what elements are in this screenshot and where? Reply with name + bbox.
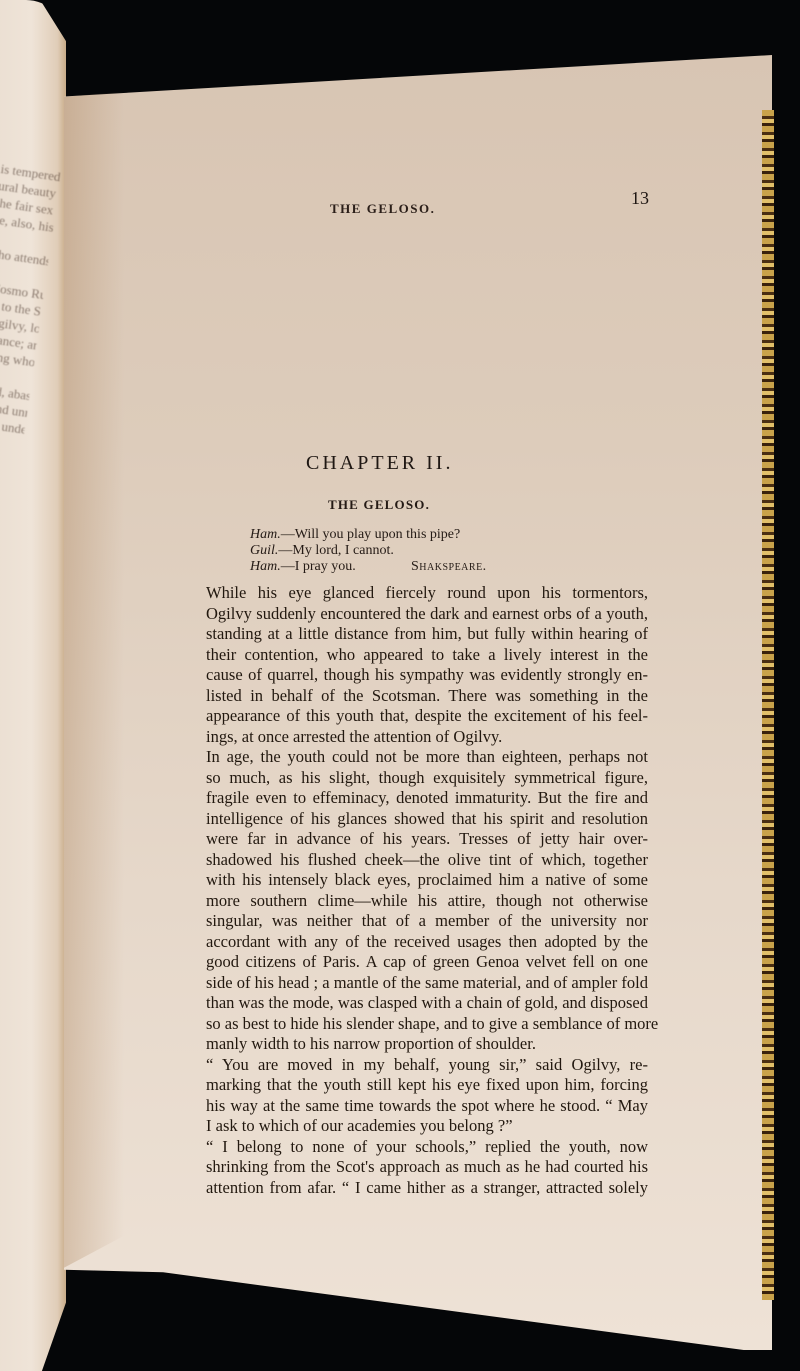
body-line: with his intensely black eyes, proclaime… <box>206 870 648 891</box>
epigraph-speaker: Ham. <box>250 559 281 574</box>
body-line: intelligence of his glances showed that … <box>206 809 648 830</box>
left-facing-page: is temperedural beautythe fair sexce, al… <box>0 0 66 1371</box>
body-line: marking that the youth still kept his ey… <box>206 1075 648 1096</box>
epigraph-speaker: Ham. <box>250 527 281 542</box>
epigraph-line: Ham.—Will you play upon this pipe? <box>250 527 460 543</box>
epigraph-speaker: Guil. <box>250 543 278 558</box>
body-line: “ You are moved in my behalf, young sir,… <box>206 1055 648 1076</box>
body-line: so as best to hide his slender shape, an… <box>206 1014 648 1035</box>
page-number: 13 <box>631 188 649 209</box>
body-line: so much, as his slight, though exquisite… <box>206 768 648 789</box>
body-line: more southern clime—while his attire, th… <box>206 891 648 912</box>
body-line: In age, the youth could not be more than… <box>206 747 648 768</box>
body-line: “ I belong to none of your schools,” rep… <box>206 1137 648 1158</box>
body-line: While his eye glanced fiercely round upo… <box>206 583 648 604</box>
body-line: singular, was neither that of a member o… <box>206 911 648 932</box>
epigraph-attribution: Shakspeare. <box>411 559 487 575</box>
body-line: shrinking from the Scot's approach as mu… <box>206 1157 648 1178</box>
body-line: cause of quarrel, though his sympathy wa… <box>206 665 648 686</box>
body-line: their contention, who appeared to take a… <box>206 645 648 666</box>
body-line: were far in advance of his years. Tresse… <box>206 829 648 850</box>
body-line: listed in behalf of the Scotsman. There … <box>206 686 648 707</box>
gilt-page-edge <box>762 110 774 1300</box>
epigraph-text: —Will you play upon this pipe? <box>281 527 460 542</box>
chapter-title: CHAPTER II. <box>306 452 453 475</box>
body-line: attention from afar. “ I came hither as … <box>206 1178 648 1199</box>
body-line: manly width to his narrow proportion of … <box>206 1034 648 1055</box>
chapter-subtitle: THE GELOSO. <box>328 497 430 513</box>
body-line: fragile even to effeminacy, denoted imma… <box>206 788 648 809</box>
body-line: his way at the same time towards the spo… <box>206 1096 648 1117</box>
left-page-bleed-text: is temperedural beautythe fair sexce, al… <box>0 160 61 438</box>
gutter-shadow <box>64 55 124 1285</box>
body-line: ings, at once arrested the attention of … <box>206 727 648 748</box>
epigraph-text: —I pray you. <box>281 559 356 574</box>
body-line: shadowed his flushed cheek—the olive tin… <box>206 850 648 871</box>
running-head: THE GELOSO. <box>330 201 435 217</box>
epigraph-line: Guil.—My lord, I cannot. <box>250 543 460 559</box>
epigraph-text: —My lord, I cannot. <box>278 543 393 558</box>
body-line: Ogilvy suddenly encountered the dark and… <box>206 604 648 625</box>
body-line: than was the mode, was clasped with a ch… <box>206 993 648 1014</box>
body-line: side of his head ; a mantle of the same … <box>206 973 648 994</box>
body-line: I ask to which of our academies you belo… <box>206 1116 648 1137</box>
body-line: standing at a little distance from him, … <box>206 624 648 645</box>
body-line: good citizens of Paris. A cap of green G… <box>206 952 648 973</box>
body-text: While his eye glanced fiercely round upo… <box>206 583 648 1198</box>
body-line: appearance of this youth that, despite t… <box>206 706 648 727</box>
body-line: accordant with any of the received usage… <box>206 932 648 953</box>
epigraph: Ham.—Will you play upon this pipe? Guil.… <box>250 527 460 575</box>
